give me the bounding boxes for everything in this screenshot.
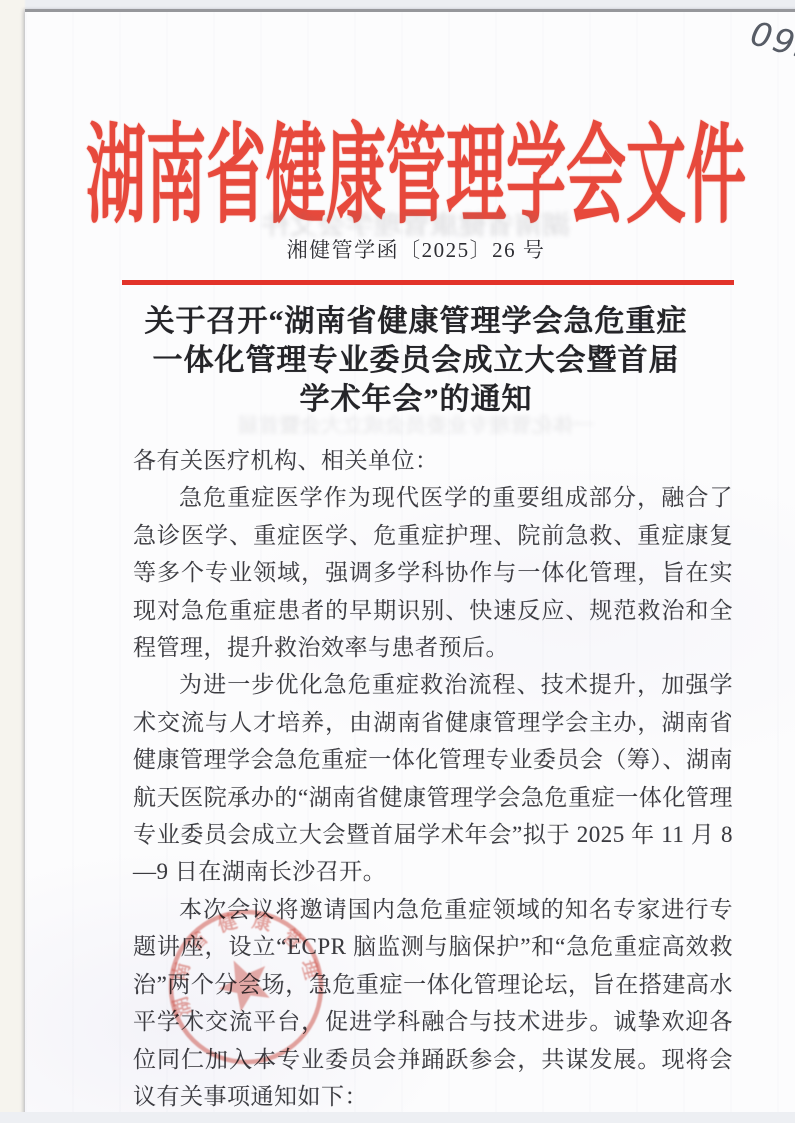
page-number: 1 bbox=[25, 1050, 795, 1070]
seal-star-icon bbox=[210, 949, 278, 1016]
body-paragraph-2: 为进一步优化急危重症救治流程、技术提升，加强学术交流与人才培养，由湖南省健康管理… bbox=[133, 666, 733, 890]
notice-title-line-1: 关于召开“湖南省健康管理学会急危重症 bbox=[25, 302, 795, 341]
salutation: 各有关医疗机构、相关单位： bbox=[133, 442, 733, 479]
letterhead: 湖南省健康管理学会文件 bbox=[25, 90, 795, 176]
notice-title-line-3: 学术年会”的通知 bbox=[25, 380, 795, 419]
notice-title: 关于召开“湖南省健康管理学会急危重症 一体化管理专业委员会成立大会暨首届 学术年… bbox=[25, 302, 795, 419]
body-paragraph-1: 急危重症医学作为现代医学的重要组成部分，融合了急诊医学、重症医学、危重症护理、院… bbox=[133, 479, 733, 666]
scanned-page-background: 湖南省健康管理学会文件 湖南省健康管理学会文件 湘健管学函〔2025〕26 号 … bbox=[0, 0, 795, 1123]
scanner-bed-edge bbox=[0, 1112, 795, 1123]
document-number: 湘健管学函〔2025〕26 号 bbox=[25, 234, 795, 264]
notice-title-line-2: 一体化管理专业委员会成立大会暨首届 bbox=[25, 341, 795, 380]
red-separator-rule bbox=[122, 280, 734, 285]
document-page: 湖南省健康管理学会文件 湖南省健康管理学会文件 湘健管学函〔2025〕26 号 … bbox=[25, 9, 795, 1115]
letterhead-org-title: 湖南省健康管理学会文件 bbox=[86, 90, 746, 245]
